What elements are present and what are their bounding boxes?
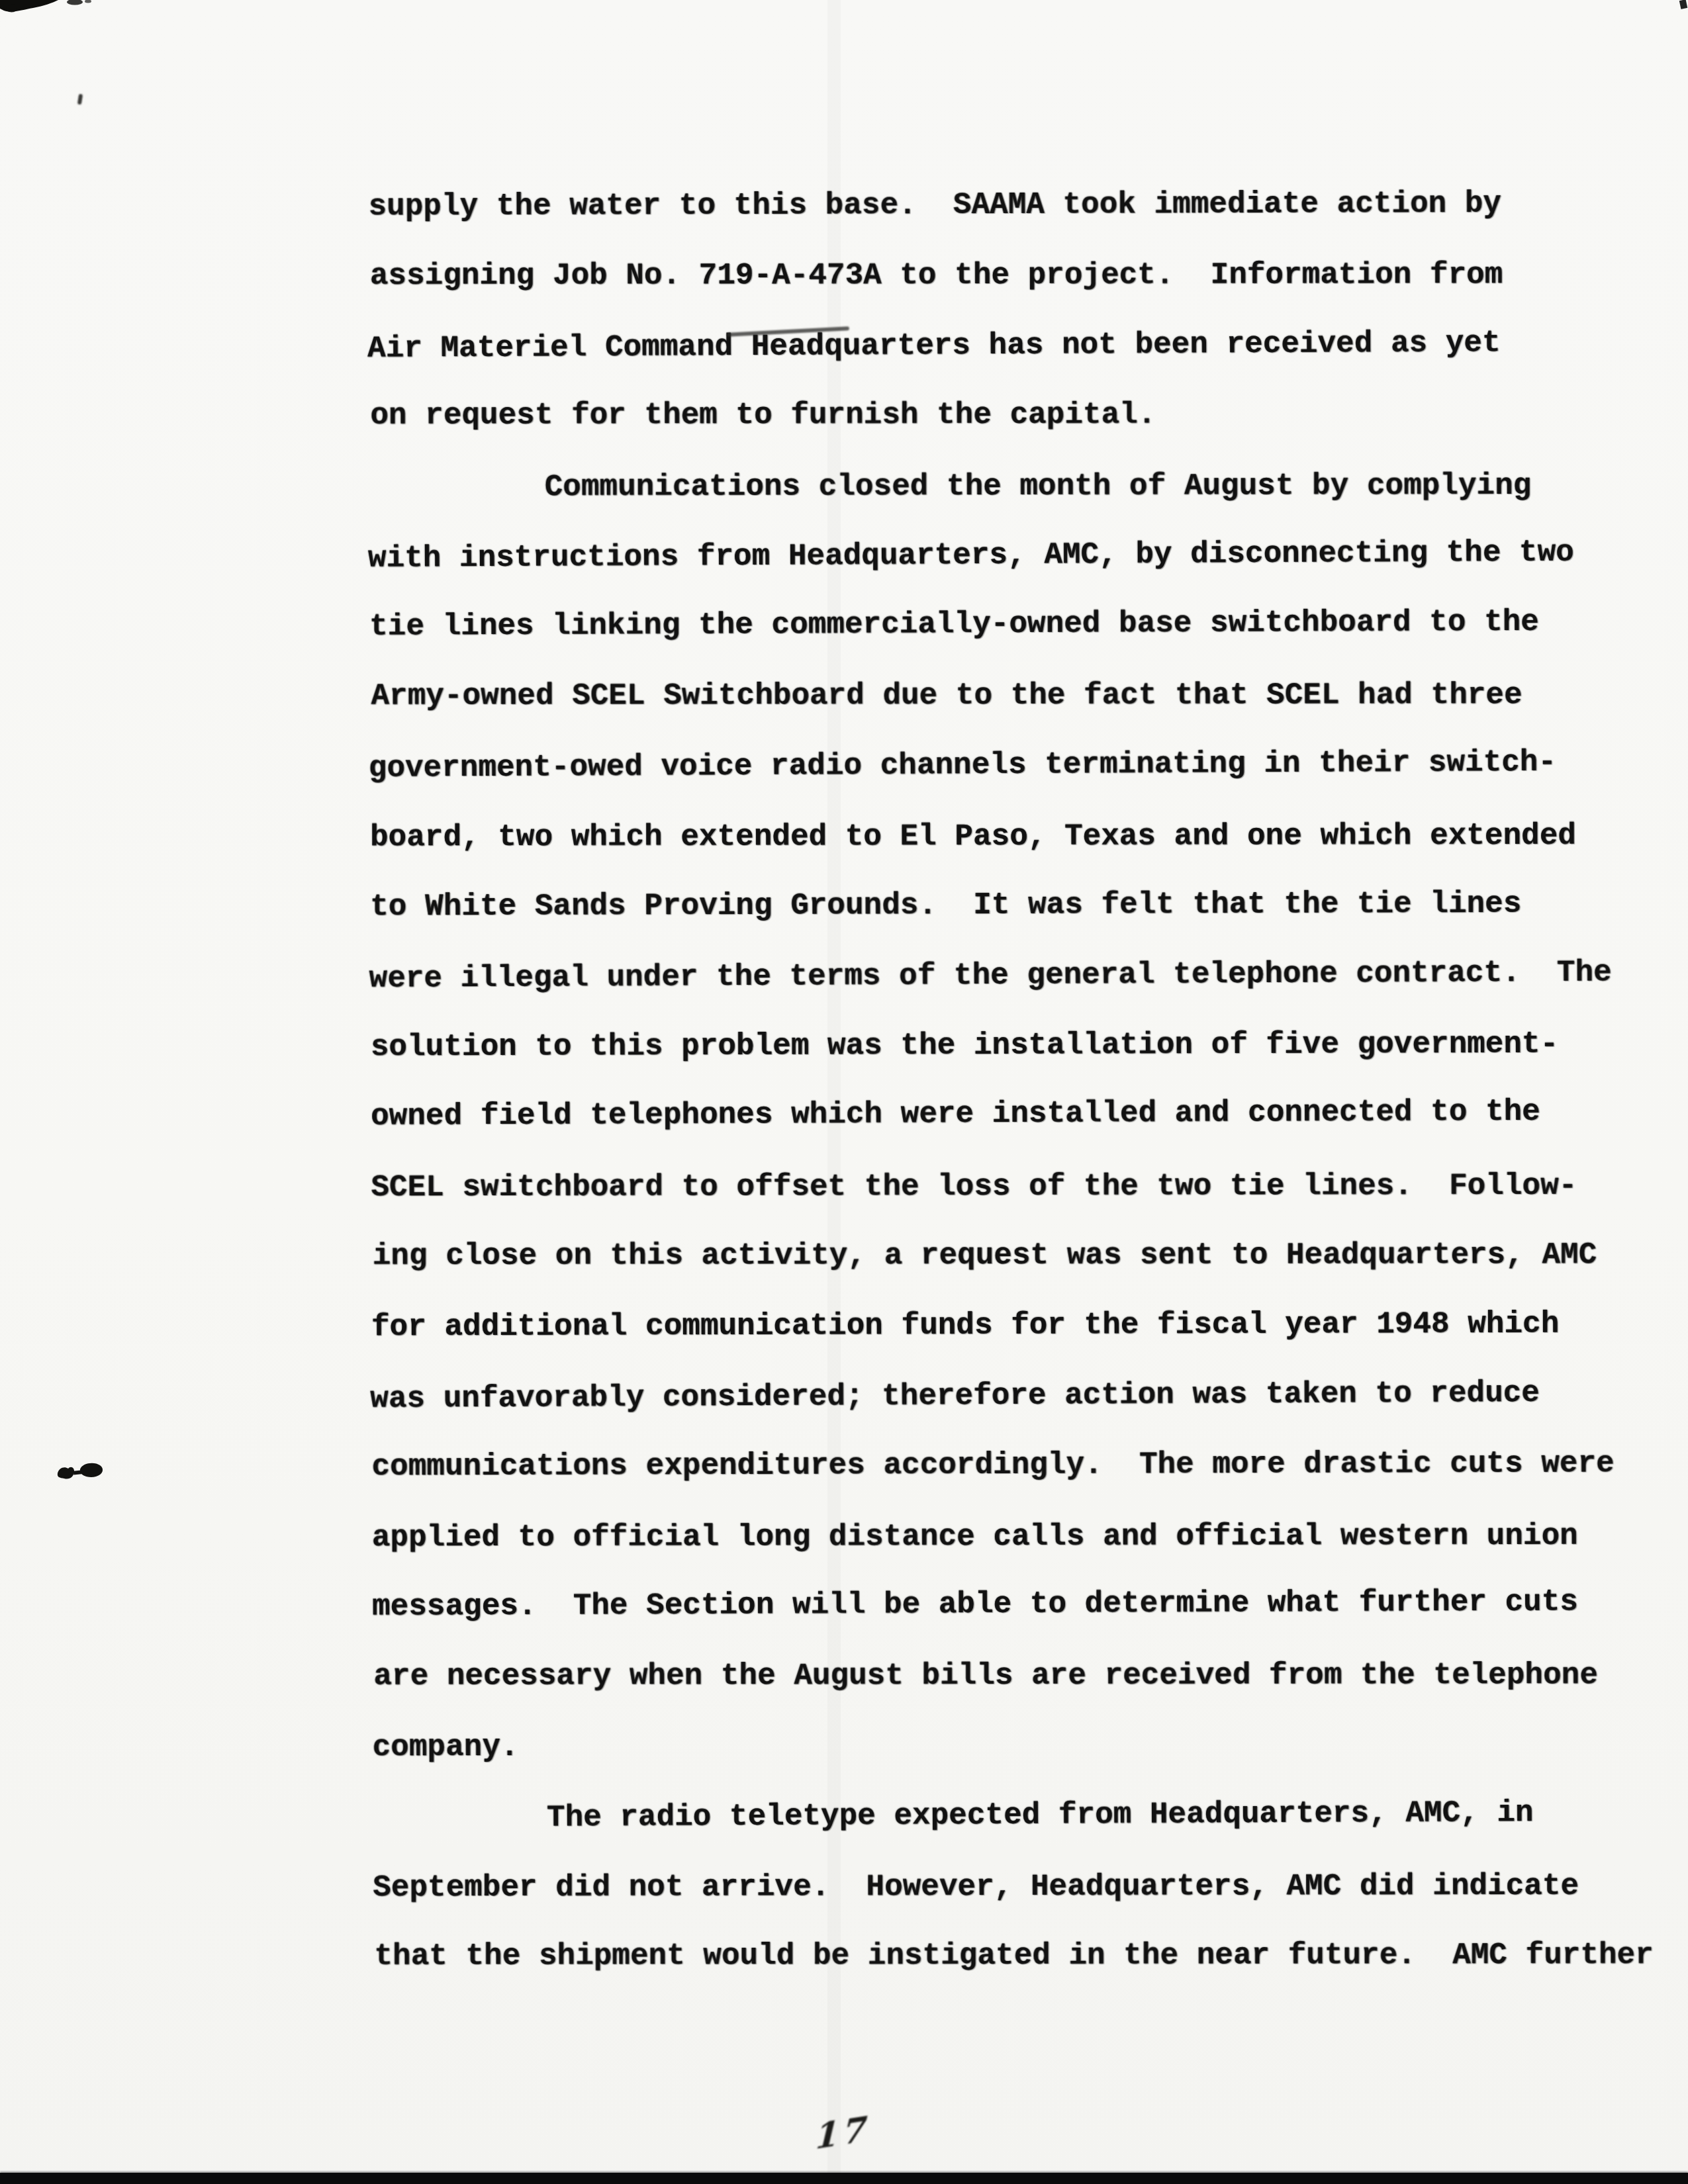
text-line: applied to official long distance calls … (372, 1502, 1643, 1573)
text-line: are necessary when the August bills are … (373, 1641, 1644, 1711)
text-line: owned field telephones which were instal… (371, 1077, 1642, 1153)
scanner-bar-bottom (0, 2173, 1688, 2184)
ink-squiggle-icon (56, 1460, 113, 1486)
text-line: with instructions from Headquarters, AMC… (368, 518, 1640, 594)
text-line: ing close on this activity, a request wa… (373, 1220, 1644, 1291)
text-line: for additional communication funds for t… (371, 1289, 1642, 1363)
page-number: 17 (815, 2108, 872, 2158)
ink-speck-icon (1679, 0, 1687, 9)
text-line: was unfavorably considered; therefore ac… (370, 1358, 1642, 1435)
text-line: supply the water to this base. SAAMA too… (368, 169, 1639, 242)
ink-speck-icon (77, 94, 83, 105)
text-line: assigning Job No. 719-A-473A to the proj… (370, 240, 1641, 311)
text-line: communications expenditures accordingly.… (371, 1430, 1642, 1503)
text-line: messages. The Section will be able to de… (372, 1567, 1643, 1643)
scanned-document-page: supply the water to this base. SAAMA too… (0, 0, 1688, 2184)
text-line: that the shipment would be instigated in… (374, 1921, 1645, 1991)
text-line: to White Sands Proving Grounds. It was f… (370, 869, 1641, 942)
text-line: tie lines linking the commercially-owned… (369, 587, 1640, 662)
text-line: board, two which extended to El Paso, Te… (370, 801, 1641, 873)
text-line-paragraph-start: The radio teletype expected from Headqua… (371, 1778, 1643, 1854)
text-line: SCEL switchboard to offset the loss of t… (371, 1152, 1642, 1223)
ink-smudge-icon (0, 0, 139, 30)
text-line: company. (372, 1709, 1643, 1783)
text-line: government-owed voice radio channels ter… (368, 728, 1640, 805)
text-line: Air Materiel Command Headquarters has no… (367, 308, 1639, 385)
text-line: September did not arrive. However, Headq… (373, 1852, 1644, 1923)
text-line: Army-owned SCEL Switchboard due to the f… (371, 660, 1642, 731)
typewritten-text-block: supply the water to this base. SAAMA too… (368, 169, 1644, 1993)
text-line-paragraph-start: Communications closed the month of Augus… (369, 451, 1640, 523)
text-line: solution to this problem was the install… (371, 1009, 1642, 1083)
text-line: were illegal under the terms of the gene… (369, 938, 1640, 1015)
text-line: on request for them to furnish the capit… (370, 381, 1641, 451)
